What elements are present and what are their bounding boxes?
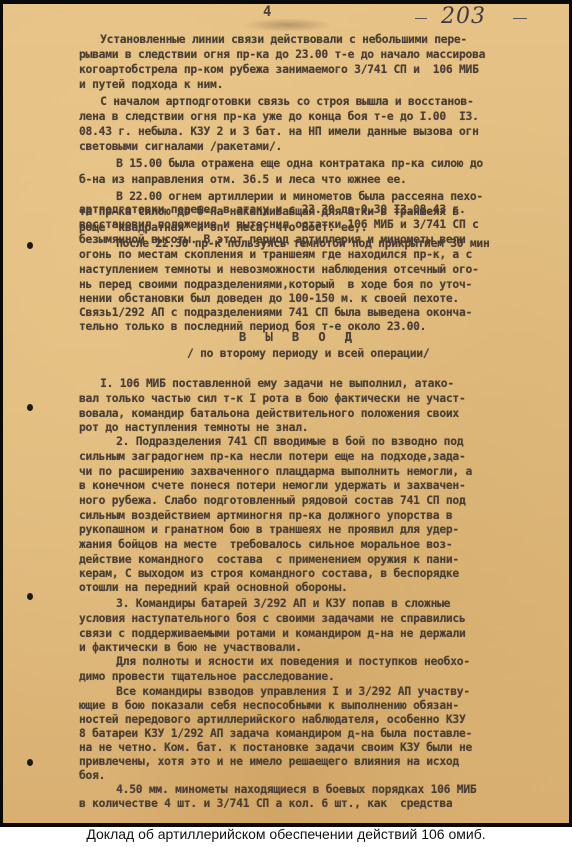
text-line: В 15.00 была отражена еще одна контратак… (103, 156, 483, 171)
conclusion-line: боя. (79, 768, 105, 783)
text-line: лена в следствии огня пр-ка уже до конца… (79, 109, 479, 124)
conclusion-heading: В Ы В О Д (239, 330, 358, 345)
text-line: огонь по местам скопления и траншеям где… (79, 247, 472, 262)
conclusion-line: димо провести тщательное расследование. (79, 669, 335, 684)
text-line: и путей подхода к ним. (79, 77, 223, 92)
text-line: Связь1/292 АП с подразделениями 741 СП б… (79, 305, 472, 320)
conclusion-line: керам, С выходом из строя командного сос… (79, 566, 459, 581)
conclusion-line: ющие в бою показали себя неспособными к … (79, 698, 459, 713)
text-line: нь перед своими подразделениями,который … (79, 277, 472, 292)
conclusion-line: вовала, командир батальона действительно… (79, 406, 459, 421)
text-line: 08.43 г. небыла. КЗУ 2 и 3 бат. на НП им… (79, 124, 479, 139)
conclusion-line: ного рубежа. Слабо подготовленный рядово… (79, 493, 466, 508)
text-line: артподготовки перешел в атаку и с 23.30 … (79, 202, 466, 217)
document-page: 4 203 Установленные линии связи действов… (3, 4, 569, 823)
text-line: б-на из направления отм. 36.5 и леса что… (79, 172, 407, 187)
conclusion-line: рукопашном и гранатном бою в траншеях не… (79, 522, 459, 537)
conclusion-line: 2. Подразделения 741 СП вводимые в бой п… (103, 434, 463, 449)
conclusion-line: в конечном счете понеся потери немогли у… (79, 478, 466, 493)
conclusion-line: действие командного состава с применение… (79, 552, 459, 567)
conclusion-line: 4.50 мм. минометы находящиеся в боевых п… (103, 782, 476, 797)
conclusion-line: условия наступательного боя с своими зад… (79, 611, 466, 626)
conclusion-line: и фактически в бою не участвовали. (79, 640, 302, 655)
text-line: С началом артподготовки связь со строя в… (87, 94, 474, 109)
conclusion-line: рот до наступления темноты не знал. (79, 420, 308, 435)
conclusion-line: 3. Командиры батарей 3/292 АП и КЗУ попа… (103, 596, 450, 611)
conclusion-line: в количестве 4 шт. и 3/741 СП а кол. 6 ш… (79, 796, 452, 811)
text-line: когоартобстрела пр-ком рубежа занимаемог… (79, 62, 479, 77)
conclusion-line: жания бойцов на месте требовалось сильно… (79, 537, 452, 552)
image-caption: Доклад об артиллерийском обеспечении дей… (0, 826, 572, 842)
conclusion-line: 8 батареи КЗУ 1/292 АП задача командиром… (79, 726, 472, 741)
text-line: рывами в следствии огня пр-ка до 23.00 т… (79, 47, 485, 62)
conclusion-line: Для полноты и ясности их поведения и пос… (103, 654, 470, 669)
conclusion-line: чи по расширению захваченного плацдарма … (79, 464, 472, 479)
text-line: Установленные линии связи действовали с … (87, 32, 467, 47)
conclusion-line: сильным воздействием артминогня пр-ка до… (79, 508, 452, 523)
conclusion-line: вал только частью сил т-к I рота в бою ф… (79, 391, 466, 406)
conclusion-line: I. 106 МИБ поставленной ему задачи не вы… (87, 376, 454, 391)
text-line: наступлением темноты и невозможности наб… (79, 262, 479, 277)
text-line: нении обстановки был доведен до 100-150 … (79, 291, 459, 306)
conclusion-line: на не четно. Ком. бат. к постановке зада… (79, 740, 472, 755)
conclusion-line: привлечены, хотя это и не имело решаещег… (79, 754, 459, 769)
conclusion-line: отошли на передний край основной обороны… (79, 580, 348, 595)
text-line: световыми сигналами /ракетами/. (79, 139, 282, 154)
text-line: восстановил положение и вытеснил остатки… (79, 217, 479, 232)
conclusion-line: ностей передового артиллерийского наблюд… (79, 712, 466, 727)
conclusion-line: сильным заградогнем пр-ка несли потери е… (79, 449, 466, 464)
text-line: безымянной высоты. В этот период артилле… (79, 232, 466, 247)
typewritten-text: Установленные линии связи действовали с … (3, 4, 569, 823)
conclusion-line: Все командиры взводов управления I и 3/2… (103, 684, 470, 699)
conclusion-subheading: / по второму периоду и всей операции/ (187, 346, 429, 361)
conclusion-line: связи с поддерживаемыми ротами и команди… (79, 626, 466, 641)
